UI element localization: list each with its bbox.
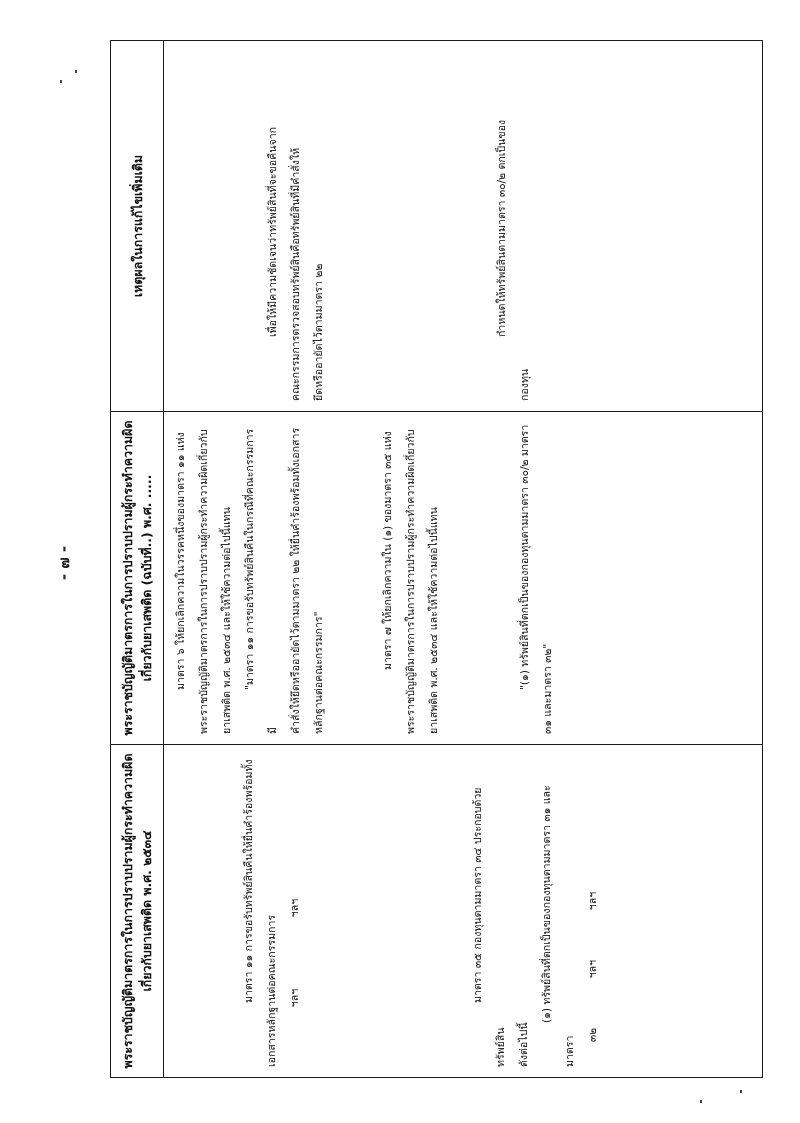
current-law-cell: มาตรา ๑๑ การขอรับทรัพย์สินคืนให้ยื่นคำร้… (164, 745, 763, 1078)
column-header-current-law: พระราชบัญญัติมาตรการในการปราบปรามผู้กระท… (111, 745, 164, 1078)
scan-speck (740, 1090, 742, 1093)
current-section-35-line2: ดังต่อไปนี้ (513, 755, 536, 1067)
current-section-11-nochange: ฯลฯ ฯลฯ (284, 863, 307, 1043)
current-section-35-item1-cont: ๓๒ (582, 1028, 605, 1042)
column-header-current-law-line2: เกี่ยวกับยาเสพติด พ.ศ. ๒๕๓๔ (137, 751, 156, 1071)
reason-2-line1: กำหนดให้ทรัพย์สินตามมาตรา ๓๐/๒ ตกเป็นของ (491, 51, 514, 401)
reason-1-line3: ยึดหรืออายัดไว้ตามมาตรา ๒๒ (308, 51, 331, 401)
draft-section-7-quote1: "(๑) ทรัพย์สินที่ตกเป็นของกองทุนตามมาตรา… (514, 422, 537, 734)
column-header-current-law-line1: พระราชบัญญัติมาตรการในการปราบปรามผู้กระท… (118, 751, 137, 1071)
page-number: - ๗ - (52, 533, 76, 593)
column-header-reasons-line1: เหตุผลในการแก้ไขเพิ่มเติม (128, 47, 147, 405)
column-header-draft-amendment: พระราชบัญญัติมาตรการในการปราบปรามผู้กระท… (111, 412, 164, 745)
draft-section-7-line3: ยาเสพติด พ.ศ. ๒๕๓๔ และให้ใช้ความต่อไปนี้… (423, 422, 446, 734)
current-section-35-nochange: ๓๒ ฯลฯ ฯลฯ (582, 867, 605, 1067)
nochange-mark: ฯลฯ (284, 989, 307, 1007)
reason-1-line1: เพื่อให้มีความชัดเจนว่าทรัพย์สินที่จะขอค… (262, 51, 285, 401)
draft-section-7-quote2: ๓๑ และมาตรา ๓๒" (537, 422, 560, 734)
draft-section-7-line2: พระราชบัญญัติมาตรการในการปราบปรามผู้กระท… (400, 422, 423, 734)
nochange-mark: ฯลฯ (582, 960, 605, 978)
draft-section-6-quote3: หลักฐานต่อคณะกรรมการ" (308, 422, 331, 734)
table-body-row: มาตรา ๑๑ การขอรับทรัพย์สินคืนให้ยื่นคำร้… (164, 41, 763, 1078)
reason-1-line2: คณะกรรมการตรวจสอบทรัพย์สินคือทรัพย์สินที… (285, 51, 308, 401)
current-section-35-item1: (๑) ทรัพย์สินที่ตกเป็นของกองทุนตามมาตรา … (536, 755, 582, 1067)
column-header-draft-amendment-line2: เกี่ยวกับยาเสพติด (ฉบับที่..) พ.ศ. ..... (137, 418, 156, 738)
draft-section-6-quote2: คำสั่งให้ยึดหรืออายัดไว้ตามมาตรา ๒๒ ให้ย… (285, 422, 308, 734)
scan-speck (60, 80, 62, 83)
nochange-mark: ฯลฯ (582, 892, 605, 910)
draft-section-6-line1: มาตรา ๖ ให้ยกเลิกความในวรรคหนึ่งของมาตรา… (170, 422, 193, 734)
scan-speck (700, 1100, 702, 1103)
current-section-11-line2: เอกสารหลักฐานต่อคณะกรรมการ (261, 755, 284, 1067)
law-comparison-table: พระราชบัญญัติมาตรการในการปราบปรามผู้กระท… (110, 40, 763, 1078)
draft-section-6-quote1: "มาตรา ๑๑ การขอรับทรัพย์สินคืนในกรณีที่ค… (239, 422, 285, 734)
scanned-document-page: - ๗ - พระราชบัญญัติมาตรการในการปราบปรามผ… (0, 0, 800, 1123)
column-header-draft-amendment-line1: พระราชบัญญัติมาตรการในการปราบปรามผู้กระท… (118, 418, 137, 738)
column-header-reasons: เหตุผลในการแก้ไขเพิ่มเติม (111, 41, 164, 412)
draft-section-6-line2: พระราชบัญญัติมาตรการในการปราบปรามผู้กระท… (193, 422, 216, 734)
current-section-35-line1: มาตรา ๓๕ กองทุนตามมาตรา ๓๔ ประกอบด้วยทรั… (467, 755, 513, 1067)
draft-amendment-cell: มาตรา ๖ ให้ยกเลิกความในวรรคหนึ่งของมาตรา… (164, 412, 763, 745)
nochange-mark: ฯลฯ (284, 899, 307, 917)
scan-speck (75, 70, 77, 73)
current-section-11-line1: มาตรา ๑๑ การขอรับทรัพย์สินคืนให้ยื่นคำร้… (238, 755, 261, 1067)
draft-section-6-line3: ยาเสพติด พ.ศ. ๒๕๓๔ และให้ใช้ความต่อไปนี้… (216, 422, 239, 734)
reason-2-line2: กองทุน (514, 51, 537, 401)
draft-section-7-line1: มาตรา ๗ ให้ยกเลิกความใน (๑) ของมาตรา ๓๕ … (377, 422, 400, 734)
reasons-cell: เพื่อให้มีความชัดเจนว่าทรัพย์สินที่จะขอค… (164, 41, 763, 412)
table-header-row: พระราชบัญญัติมาตรการในการปราบปรามผู้กระท… (111, 41, 164, 1078)
